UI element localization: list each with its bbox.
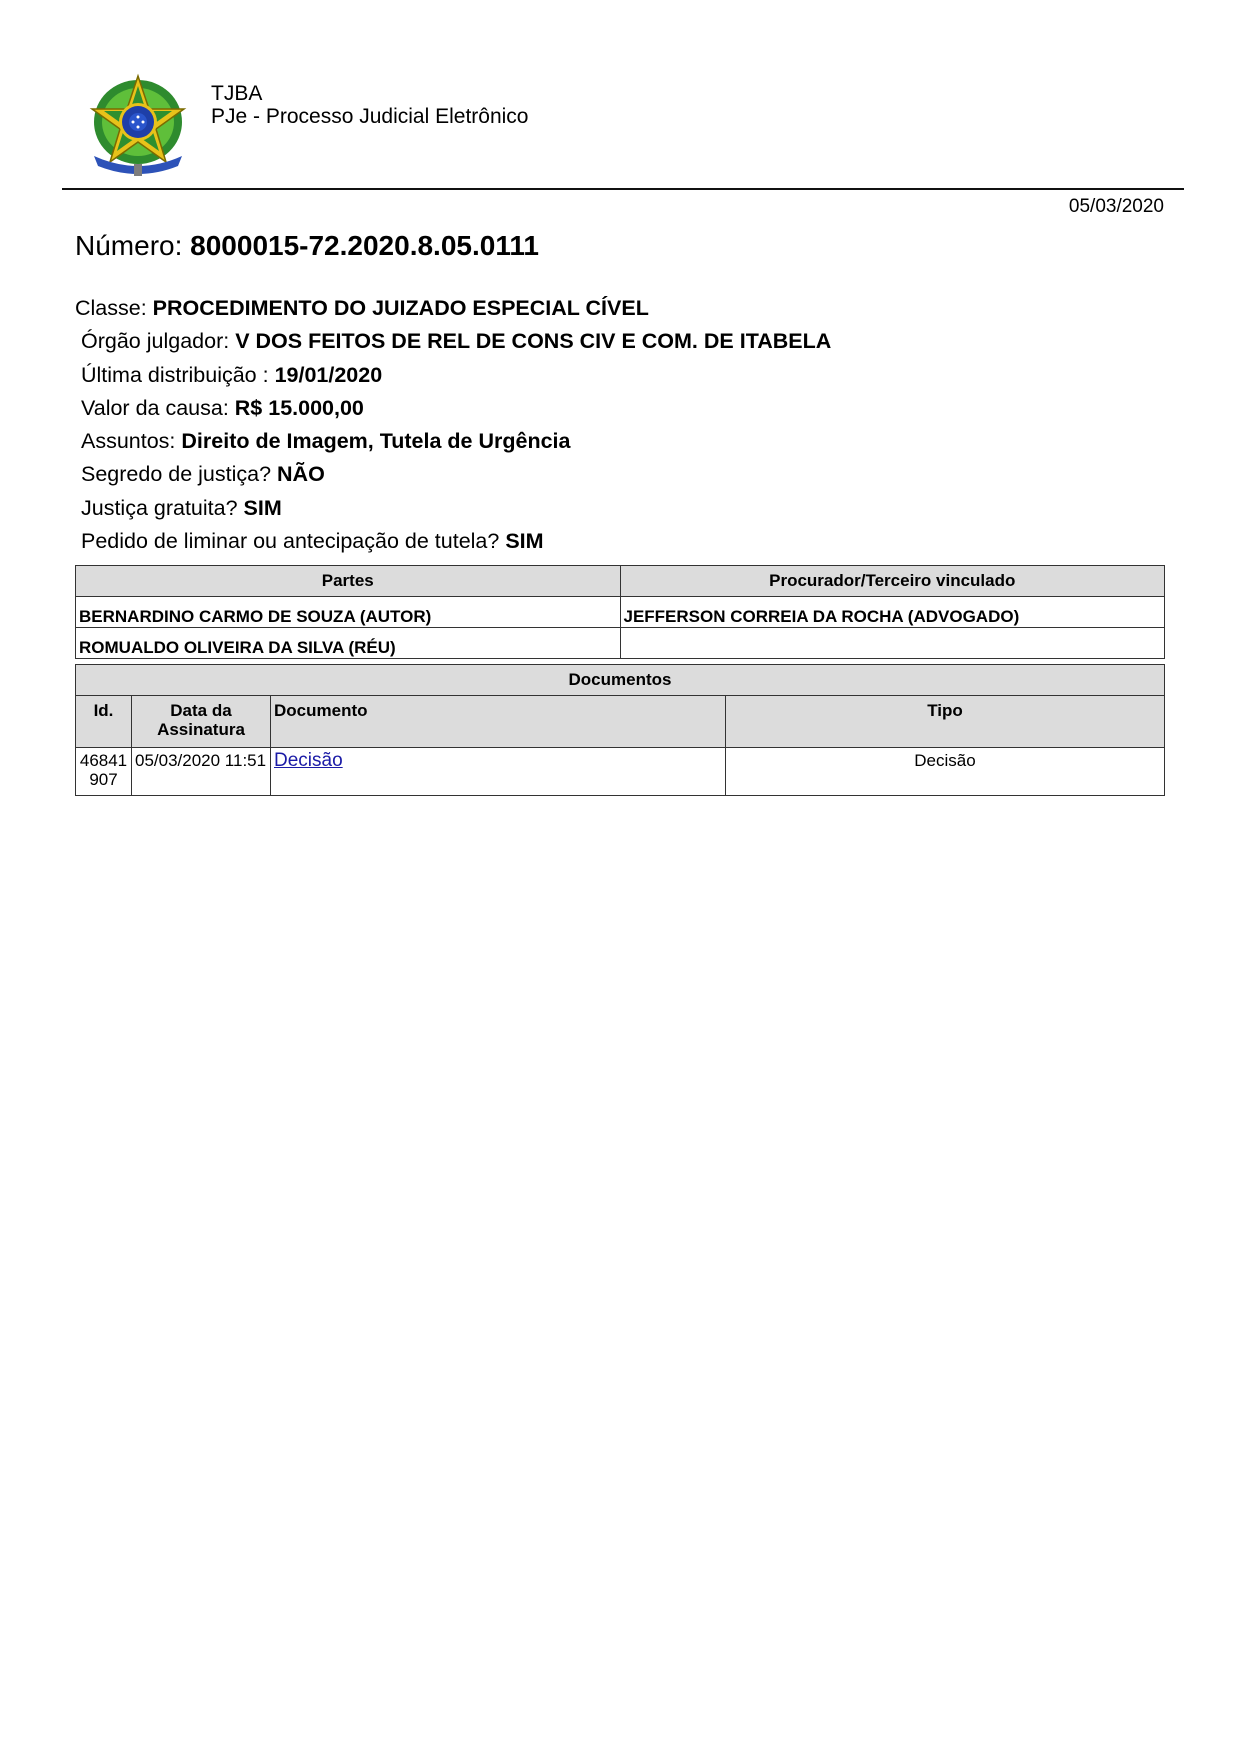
field-value: R$ 15.000,00 [235, 396, 364, 420]
process-details: Classe: PROCEDIMENTO DO JUIZADO ESPECIAL… [75, 292, 831, 558]
column-header-id: Id. [76, 696, 132, 748]
field-label: Órgão julgador: [81, 329, 235, 353]
table-row: 46841907 05/03/2020 11:51 Decisão Decisã… [76, 748, 1165, 796]
org-name: TJBA [211, 82, 528, 105]
print-date: 05/03/2020 [1069, 196, 1164, 218]
field-classe: Classe: PROCEDIMENTO DO JUIZADO ESPECIAL… [75, 292, 831, 325]
column-header-procurador: Procurador/Terceiro vinculado [620, 566, 1165, 597]
table-header-row: Partes Procurador/Terceiro vinculado [76, 566, 1165, 597]
documents-title: Documentos [76, 665, 1165, 696]
field-value: V DOS FEITOS DE REL DE CONS CIV E COM. D… [235, 329, 831, 353]
field-valor-causa: Valor da causa: R$ 15.000,00 [75, 392, 831, 425]
field-value: 19/01/2020 [275, 363, 383, 387]
column-header-partes: Partes [76, 566, 621, 597]
field-label: Segredo de justiça? [81, 462, 277, 486]
document-type: Decisão [726, 748, 1165, 796]
document-header: TJBA PJe - Processo Judicial Eletrônico [62, 66, 1184, 190]
attorney-name [620, 628, 1165, 659]
column-header-tipo: Tipo [726, 696, 1165, 748]
parties-table: Partes Procurador/Terceiro vinculado BER… [75, 565, 1165, 659]
document-cell: Decisão [271, 748, 726, 796]
field-value: Direito de Imagem, Tutela de Urgência [181, 429, 570, 453]
field-label: Pedido de liminar ou antecipação de tute… [81, 529, 505, 553]
field-value: PROCEDIMENTO DO JUIZADO ESPECIAL CÍVEL [153, 296, 649, 320]
field-label: Última distribuição : [81, 363, 275, 387]
brazil-coat-of-arms-icon [86, 72, 190, 180]
process-number: Número: 8000015-72.2020.8.05.0111 [75, 230, 539, 262]
document-id: 46841907 [76, 748, 132, 796]
field-label: Classe: [75, 296, 153, 320]
field-segredo-justica: Segredo de justiça? NÃO [75, 458, 831, 491]
documents-table: Documentos Id. Data da Assinatura Docume… [75, 664, 1165, 796]
document-signature-date: 05/03/2020 11:51 [132, 748, 271, 796]
party-name: ROMUALDO OLIVEIRA DA SILVA (RÉU) [76, 628, 621, 659]
field-orgao-julgador: Órgão julgador: V DOS FEITOS DE REL DE C… [75, 325, 831, 358]
table-row: ROMUALDO OLIVEIRA DA SILVA (RÉU) [76, 628, 1165, 659]
field-pedido-liminar: Pedido de liminar ou antecipação de tute… [75, 525, 831, 558]
process-number-value: 8000015-72.2020.8.05.0111 [190, 230, 539, 261]
field-ultima-distribuicao: Última distribuição : 19/01/2020 [75, 359, 831, 392]
field-value: SIM [244, 496, 282, 520]
field-label: Justiça gratuita? [81, 496, 244, 520]
system-name: PJe - Processo Judicial Eletrônico [211, 105, 528, 128]
field-label: Valor da causa: [81, 396, 235, 420]
process-number-label: Número: [75, 230, 182, 261]
field-justica-gratuita: Justiça gratuita? SIM [75, 492, 831, 525]
document-id-text: 46841907 [80, 751, 127, 789]
organization-title: TJBA PJe - Processo Judicial Eletrônico [211, 82, 528, 128]
documents-title-row: Documentos [76, 665, 1165, 696]
party-name: BERNARDINO CARMO DE SOUZA (AUTOR) [76, 597, 621, 628]
attorney-name: JEFFERSON CORREIA DA ROCHA (ADVOGADO) [620, 597, 1165, 628]
column-header-data-assinatura: Data da Assinatura [132, 696, 271, 748]
table-header-row: Id. Data da Assinatura Documento Tipo [76, 696, 1165, 748]
table-row: BERNARDINO CARMO DE SOUZA (AUTOR) JEFFER… [76, 597, 1165, 628]
document-link[interactable]: Decisão [274, 750, 343, 771]
header-divider [62, 188, 1184, 190]
field-value: SIM [505, 529, 543, 553]
field-assuntos: Assuntos: Direito de Imagem, Tutela de U… [75, 425, 831, 458]
column-header-documento: Documento [271, 696, 726, 748]
field-label: Assuntos: [81, 429, 181, 453]
field-value: NÃO [277, 462, 325, 486]
